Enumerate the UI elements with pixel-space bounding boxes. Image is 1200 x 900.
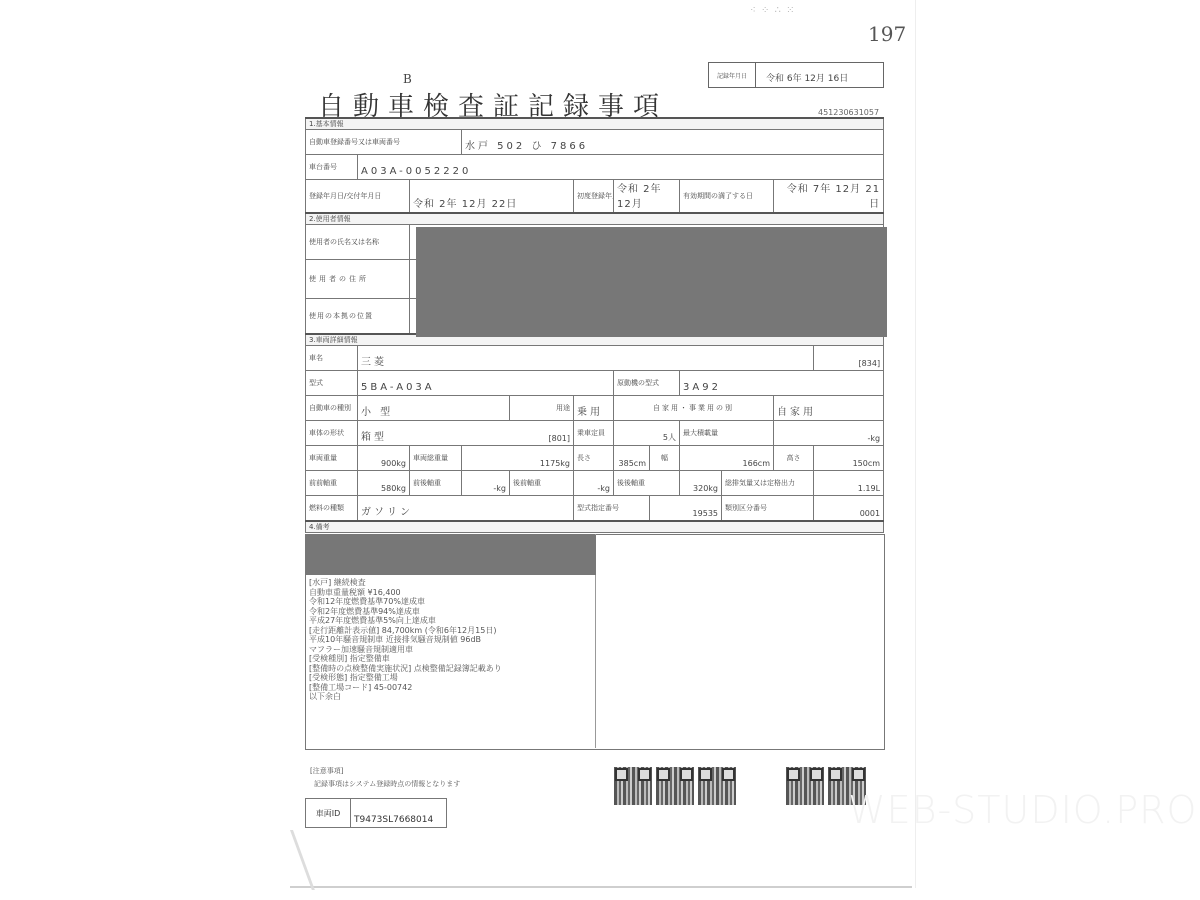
displacement-value: 1.19L	[814, 471, 884, 496]
reg-date-value: 令和 2年 12月 22日	[410, 180, 574, 214]
notes-text: [水戸] 継続検査 自動車重量税額 ¥16,400 令和12年度燃費基準70%達…	[309, 578, 502, 702]
expiry-value: 令和 7年 12月 21日	[774, 180, 884, 214]
category-value: 0001	[814, 496, 884, 522]
model-label: 型式	[306, 371, 358, 396]
capacity-label: 乗車定員	[574, 421, 614, 446]
redacted-notes	[306, 535, 596, 575]
private-business-label: 自家用・事業用の別	[614, 396, 774, 421]
owner-name-label: 使用者の氏名又は名称	[306, 225, 410, 260]
rear-front-axle-value: -kg	[574, 471, 614, 496]
weight-label: 車両重量	[306, 446, 358, 471]
chassis-label: 車台番号	[306, 155, 358, 180]
fuel-value: ガソリン	[358, 496, 574, 522]
fuel-label: 燃料の種類	[306, 496, 358, 522]
purpose-label: 用途	[510, 396, 574, 421]
max-load-value: -kg	[774, 421, 884, 446]
purpose-value: 乗用	[574, 396, 614, 421]
make-code: [834]	[814, 346, 884, 371]
reg-date-label: 登録年月日/交付年月日	[306, 180, 410, 214]
gross-weight-label: 車両総重量	[410, 446, 462, 471]
length-label: 長さ	[574, 446, 614, 471]
document-number: 451230631057	[818, 108, 879, 117]
make-value: 三菱	[358, 346, 814, 371]
record-date-value: 令和 6年 12月 16日	[756, 63, 883, 87]
redacted-owner-info	[416, 227, 887, 337]
category-label: 類別区分番号	[722, 496, 814, 522]
front-rear-axle-label: 前後軸重	[410, 471, 462, 496]
height-value: 150cm	[814, 446, 884, 471]
page-number: 197	[868, 22, 906, 46]
registration-value: 水戸 502 ひ 7866	[462, 130, 884, 155]
gross-weight-value: 1175kg	[462, 446, 574, 471]
engine-model-label: 原動機の型式	[614, 371, 680, 396]
model-value: 5BA-A03A	[358, 371, 614, 396]
make-label: 車名	[306, 346, 358, 371]
section4-heading: 4.備考	[306, 521, 884, 533]
vehicle-id-label: 車両ID	[306, 799, 351, 827]
owner-address-label: 使用者の住所	[306, 260, 410, 299]
width-label: 幅	[650, 446, 680, 471]
qr-code-icon	[614, 767, 652, 805]
record-date-box: 記録年月日 令和 6年 12月 16日	[708, 62, 884, 88]
rear-rear-axle-label: 後後軸重	[614, 471, 680, 496]
vehicle-id-box: 車両ID T9473SL7668014	[305, 798, 447, 828]
form-letter: B	[403, 72, 412, 86]
body-shape-value: 箱型[801]	[358, 421, 574, 446]
type-designation-value: 19535	[650, 496, 722, 522]
expiry-label: 有効期間の満了する日	[680, 180, 774, 214]
displacement-label: 総排気量又は定格出力	[722, 471, 814, 496]
body-shape-text: 箱型	[361, 432, 387, 443]
page-edge	[290, 886, 912, 888]
body-shape-code: [801]	[548, 434, 570, 443]
height-label: 高さ	[774, 446, 814, 471]
engine-model-value: 3A92	[680, 371, 884, 396]
max-load-label: 最大積載量	[680, 421, 774, 446]
front-front-axle-value: 580kg	[358, 471, 410, 496]
front-rear-axle-value: -kg	[462, 471, 510, 496]
chassis-value: A03A-0052220	[358, 155, 884, 180]
section2-heading: 2.使用者情報	[306, 213, 884, 225]
type-designation-label: 型式指定番号	[574, 496, 650, 522]
length-value: 385cm	[614, 446, 650, 471]
capacity-value: 5人	[614, 421, 680, 446]
rear-front-axle-label: 後前軸重	[510, 471, 574, 496]
registration-label: 自動車登録番号又は車両番号	[306, 130, 462, 155]
qr-code-icon	[786, 767, 824, 805]
rear-rear-axle-value: 320kg	[680, 471, 722, 496]
watermark: WEB-STUDIO.PRO	[848, 788, 1197, 832]
width-value: 166cm	[680, 446, 774, 471]
section1-heading: 1.基本情報	[306, 118, 884, 130]
weight-value: 900kg	[358, 446, 410, 471]
private-business-value: 自家用	[774, 396, 884, 421]
base-location-label: 使用の本拠の位置	[306, 299, 410, 335]
first-reg-label: 初度登録年月	[574, 180, 614, 214]
qr-code-icon	[698, 767, 736, 805]
body-shape-label: 車体の形状	[306, 421, 358, 446]
scribble-mark: ⁖ ⁘ ∴ ⁙	[750, 5, 796, 16]
vehicle-type-value: 小 型	[358, 396, 510, 421]
first-reg-value: 令和 2年 12月	[614, 180, 680, 214]
record-date-label: 記録年月日	[709, 63, 756, 87]
front-front-axle-label: 前前軸重	[306, 471, 358, 496]
caution-heading: [注意事項]	[310, 766, 343, 776]
caution-text: 記録事項はシステム登録時点の情報となります	[314, 779, 460, 789]
vehicle-type-label: 自動車の種別	[306, 396, 358, 421]
vehicle-id-value: T9473SL7668014	[351, 799, 446, 827]
qr-code-icon	[656, 767, 694, 805]
